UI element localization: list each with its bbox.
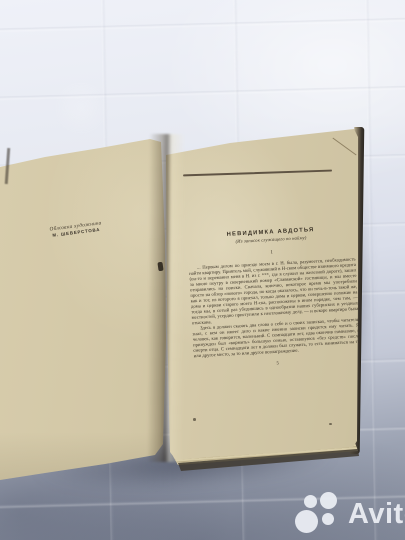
avito-logo-circle <box>295 510 318 533</box>
paper-speck <box>329 423 332 425</box>
paper-speck <box>193 418 196 421</box>
body-paragraph-1: ... Первым делом по приезде моем в г. Н.… <box>189 257 359 326</box>
avito-watermark: Avito <box>295 492 405 536</box>
book-gutter-shadow <box>147 134 185 462</box>
page-content: НЕВИДИМКА АВДОТЬЯ (Из записок служащего … <box>187 224 361 370</box>
avito-label: Avito <box>348 492 405 536</box>
avito-logo-circle <box>320 492 337 509</box>
photo-scene: Обложка художника М. ШЕВЕРСТОВА НЕВИДИМК… <box>0 0 405 540</box>
avito-logo-icon <box>295 492 343 536</box>
avito-logo-circle <box>304 495 317 508</box>
gutter-ink-mark <box>157 262 163 272</box>
avito-logo-circle <box>322 513 334 525</box>
